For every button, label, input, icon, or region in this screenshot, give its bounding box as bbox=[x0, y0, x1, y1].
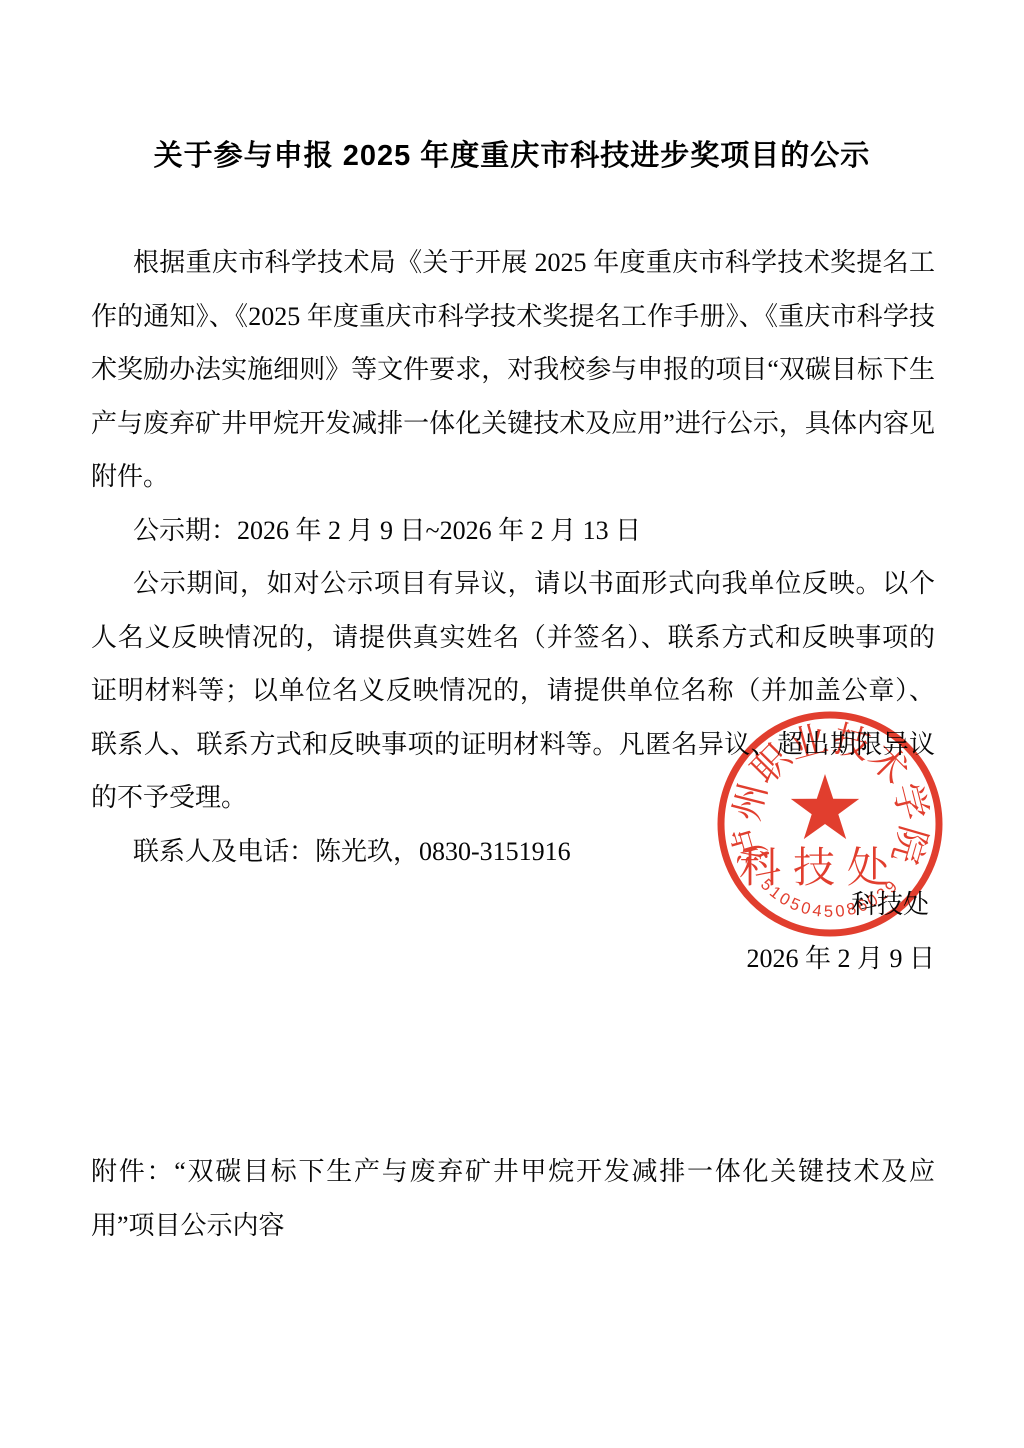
announcement-page: 关于参与申报 2025 年度重庆市科技进步奖项目的公示 根据重庆市科学技术局《关… bbox=[0, 0, 1024, 1448]
attachment-note: 附件：“双碳目标下生产与废弃矿井甲烷开发减排一体化关键技术及应用”项目公示内容 bbox=[91, 1145, 935, 1252]
official-seal: 泸州职业技术学院 科技处 5105045086029 bbox=[716, 710, 944, 938]
paragraph-publicity-period: 公示期：2026 年 2 月 9 日~2026 年 2 月 13 日 bbox=[91, 504, 935, 558]
page-title: 关于参与申报 2025 年度重庆市科技进步奖项目的公示 bbox=[90, 133, 934, 174]
seal-star-icon bbox=[791, 774, 859, 839]
signature-date: 2026 年 2 月 9 日 bbox=[91, 932, 935, 986]
paragraph-basis: 根据重庆市科学技术局《关于开展 2025 年度重庆市科学技术奖提名工作的通知》、… bbox=[91, 236, 935, 504]
